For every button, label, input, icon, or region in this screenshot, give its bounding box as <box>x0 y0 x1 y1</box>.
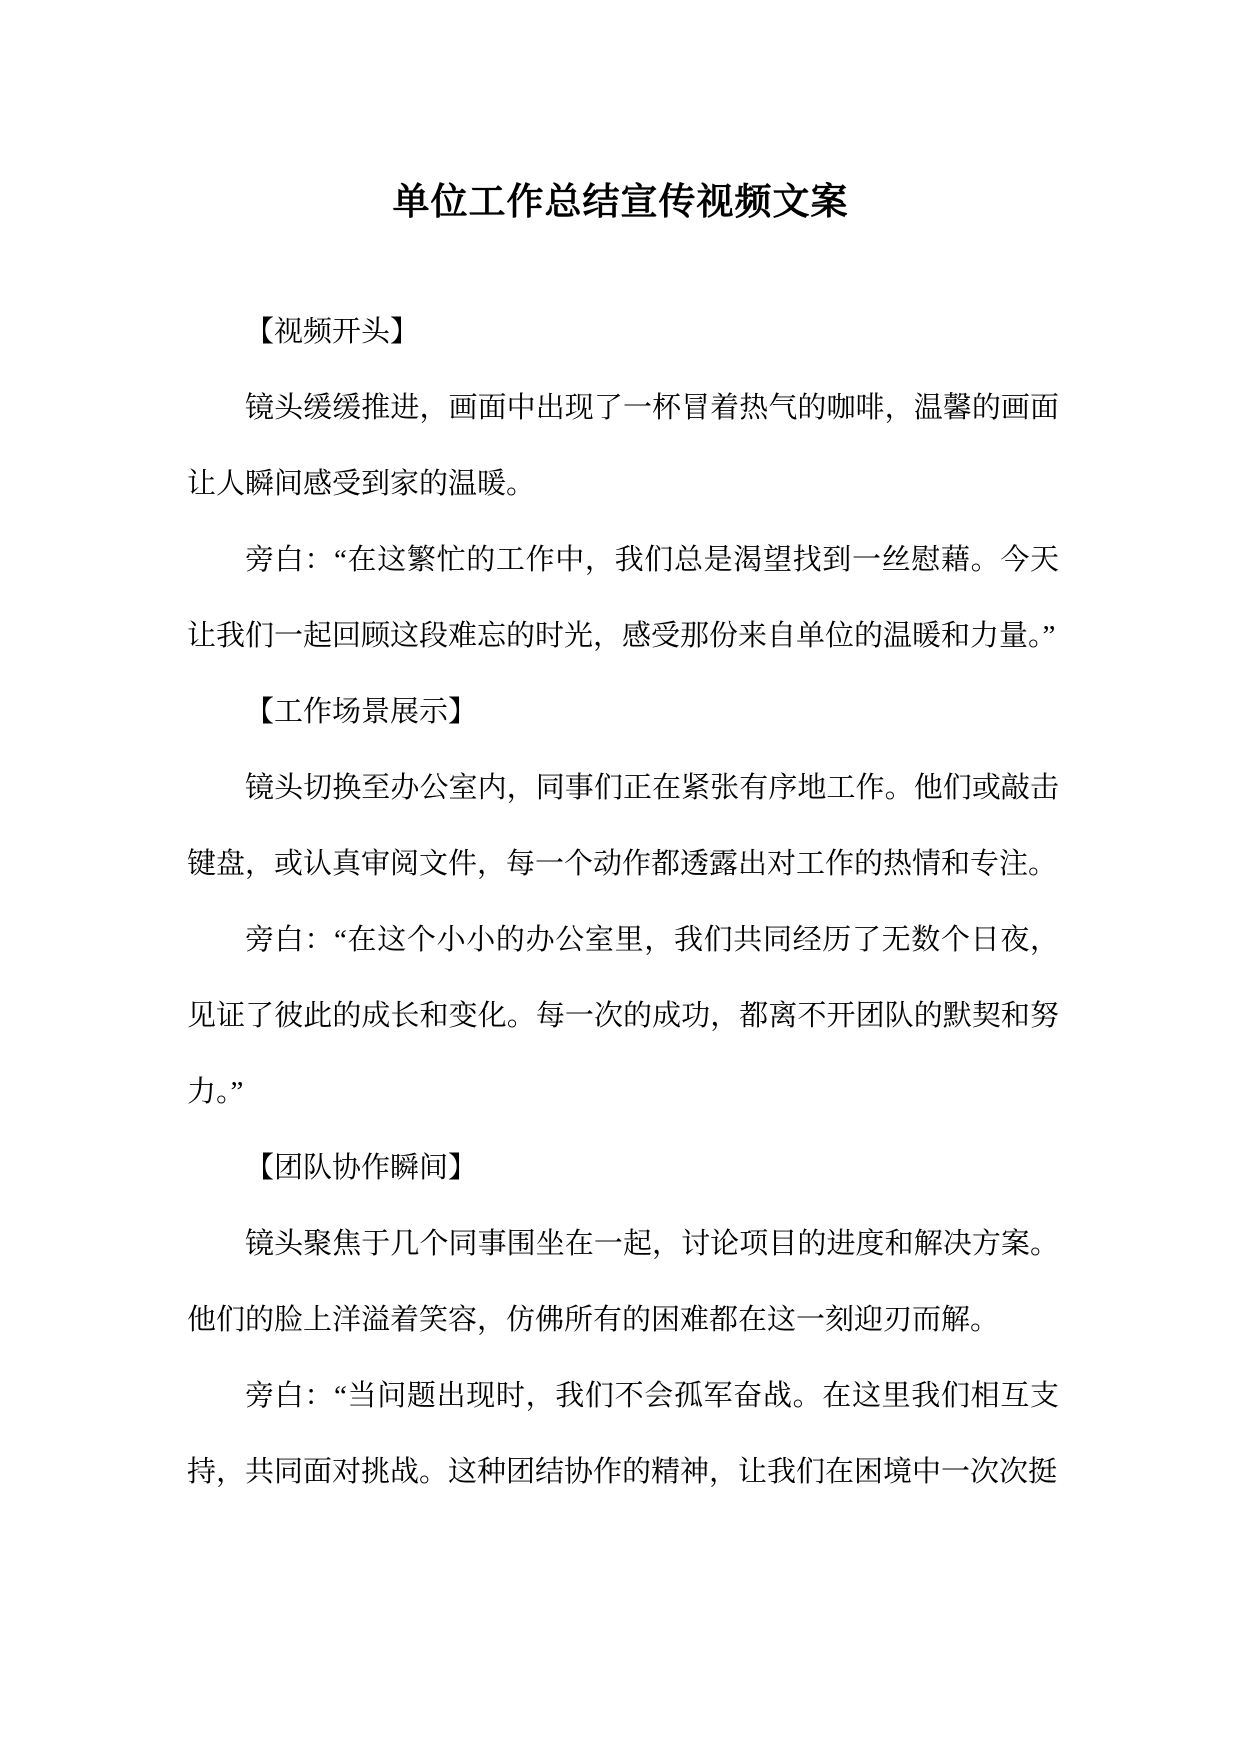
document-title: 单位工作总结宣传视频文案 <box>0 0 1241 223</box>
paragraph: 旁白：“当问题出现时，我们不会孤军奋战。在这里我们相互支持，共同面对挑战。这种团… <box>187 1358 1059 1510</box>
paragraph: 镜头聚焦于几个同事围坐在一起，讨论项目的进度和解决方案。他们的脸上洋溢着笑容，仿… <box>187 1206 1059 1358</box>
paragraph: 镜头缓缓推进，画面中出现了一杯冒着热气的咖啡，温馨的画面让人瞬间感受到家的温暖。 <box>187 370 1059 522</box>
paragraph: 旁白：“在这繁忙的工作中，我们总是渴望找到一丝慰藉。今天让我们一起回顾这段难忘的… <box>187 522 1059 674</box>
document-page: 单位工作总结宣传视频文案 【视频开头】镜头缓缓推进，画面中出现了一杯冒着热气的咖… <box>0 0 1241 1754</box>
document-body: 【视频开头】镜头缓缓推进，画面中出现了一杯冒着热气的咖啡，温馨的画面让人瞬间感受… <box>187 294 1059 1510</box>
section-heading: 【团队协作瞬间】 <box>187 1130 1059 1206</box>
section-heading: 【工作场景展示】 <box>187 674 1059 750</box>
section-heading: 【视频开头】 <box>187 294 1059 370</box>
paragraph: 旁白：“在这个小小的办公室里，我们共同经历了无数个日夜，见证了彼此的成长和变化。… <box>187 902 1059 1130</box>
paragraph: 镜头切换至办公室内，同事们正在紧张有序地工作。他们或敲击键盘，或认真审阅文件，每… <box>187 750 1059 902</box>
